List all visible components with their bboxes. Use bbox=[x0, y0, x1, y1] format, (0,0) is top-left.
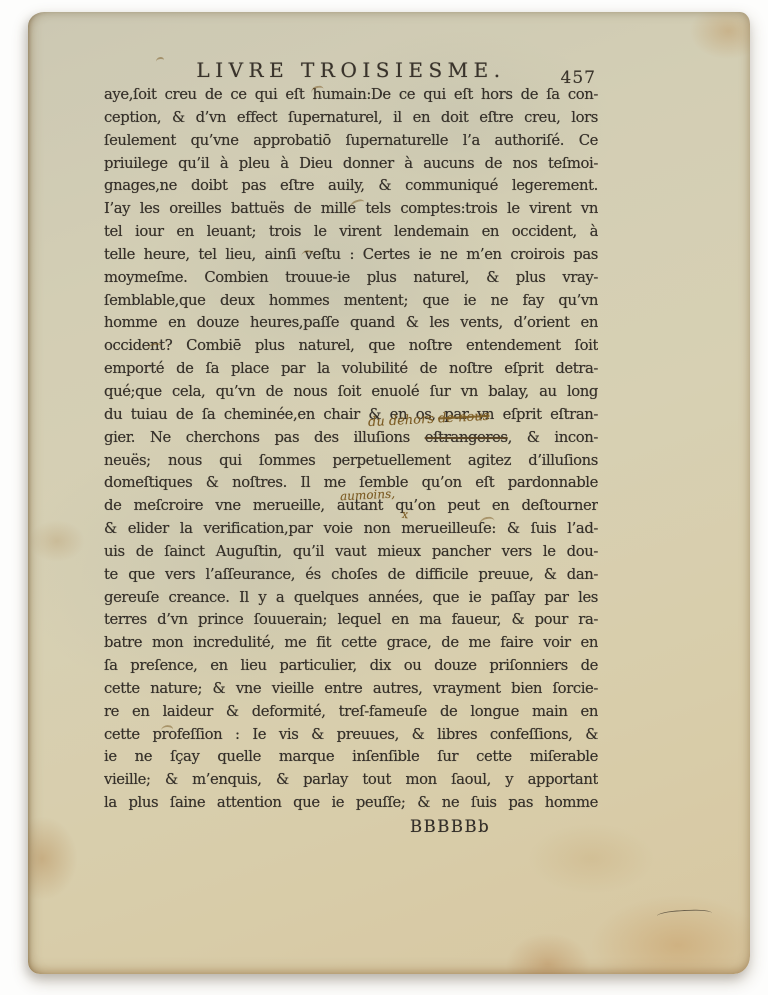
text-line: qué;que cela, qu’vn de nous ſoit enuolé … bbox=[104, 381, 598, 404]
text-line: gereuſe creance. Il y a quelques années,… bbox=[104, 587, 598, 610]
signature-mark: BBBBBb bbox=[104, 817, 598, 836]
book-page: LIVRE TROISIESME. 457 aye,ſoit creu de c… bbox=[28, 12, 750, 974]
text-line: cette nature; & vne vieille entre autres… bbox=[104, 678, 598, 701]
text-line: gier. Ne cherchons pas des illuſions eſt… bbox=[104, 427, 598, 450]
text-line: occident? Combiē plus naturel, que noſtr… bbox=[104, 335, 598, 358]
paper-fiber bbox=[657, 909, 712, 922]
annotation-struck-text: de nous bbox=[438, 409, 490, 427]
text-line: I’ay les oreilles battuës de mille tels … bbox=[104, 198, 598, 221]
text-line: emporté de ſa place par la volubilité de… bbox=[104, 358, 598, 381]
text-line: ie ne ſçay quelle marque inſenſible ſur … bbox=[104, 746, 598, 769]
text-line: ſeulement qu’vne approbatiō ſupernaturel… bbox=[104, 130, 598, 153]
text-line: ſemblable,que deux hommes mentent; que i… bbox=[104, 290, 598, 313]
struck-word: eſtrangeres bbox=[425, 429, 508, 446]
text-line: la plus ſaine attention que ie peuſſe; &… bbox=[104, 792, 598, 815]
text-line: aye,ſoit creu de ce qui eſt humain:De ce… bbox=[104, 84, 598, 107]
text-line: neuës; nous qui ſommes perpetuellement a… bbox=[104, 450, 598, 473]
handwritten-annotation-aumoins: aumoins, bbox=[340, 487, 396, 504]
text-block: aye,ſoit creu de ce qui eſt humain:De ce… bbox=[104, 84, 598, 815]
text-line: batre mon incredulité, me fit cette grac… bbox=[104, 632, 598, 655]
text-line: telle heure, tel lieu, ainſi veſtu : Cer… bbox=[104, 244, 598, 267]
text-segment: , & incon- bbox=[508, 429, 598, 446]
text-line: uis de ſainct Auguſtin, qu’il vaut mieux… bbox=[104, 541, 598, 564]
text-line: ception, & d’vn effect ſupernaturel, il … bbox=[104, 107, 598, 130]
text-line: vieille; & m’enquis, & parlay tout mon ſ… bbox=[104, 769, 598, 792]
text-line: moymeſme. Combien trouue-ie plus naturel… bbox=[104, 267, 598, 290]
text-line: du tuiau de ſa cheminée,en chair & en os… bbox=[104, 404, 598, 427]
text-line: priuilege qu’il à pleu à Dieu donner à a… bbox=[104, 153, 598, 176]
text-line: tel iour en leuant; trois le virent lend… bbox=[104, 221, 598, 244]
text-line: homme en douze heures,paſſe quand & les … bbox=[104, 312, 598, 335]
text-line: terres d’vn prince ſouuerain; lequel en … bbox=[104, 609, 598, 632]
text-line: gnages,ne doibt pas eſtre auily, & commu… bbox=[104, 175, 598, 198]
text-line: ſa preſence, en lieu particulier, dix ou… bbox=[104, 655, 598, 678]
text-segment: gier. Ne cherchons pas des illuſions bbox=[104, 429, 425, 446]
running-title: LIVRE TROISIESME. bbox=[104, 58, 598, 82]
text-line: cette profeſſion : Ie vis & preuues, & l… bbox=[104, 724, 598, 747]
text-line: te que vers l’aſſeurance, és choſes de d… bbox=[104, 564, 598, 587]
text-line: re en laideur & deformité, treſ-fameuſe … bbox=[104, 701, 598, 724]
text-line: & elider la verification,par voie non me… bbox=[104, 518, 598, 541]
